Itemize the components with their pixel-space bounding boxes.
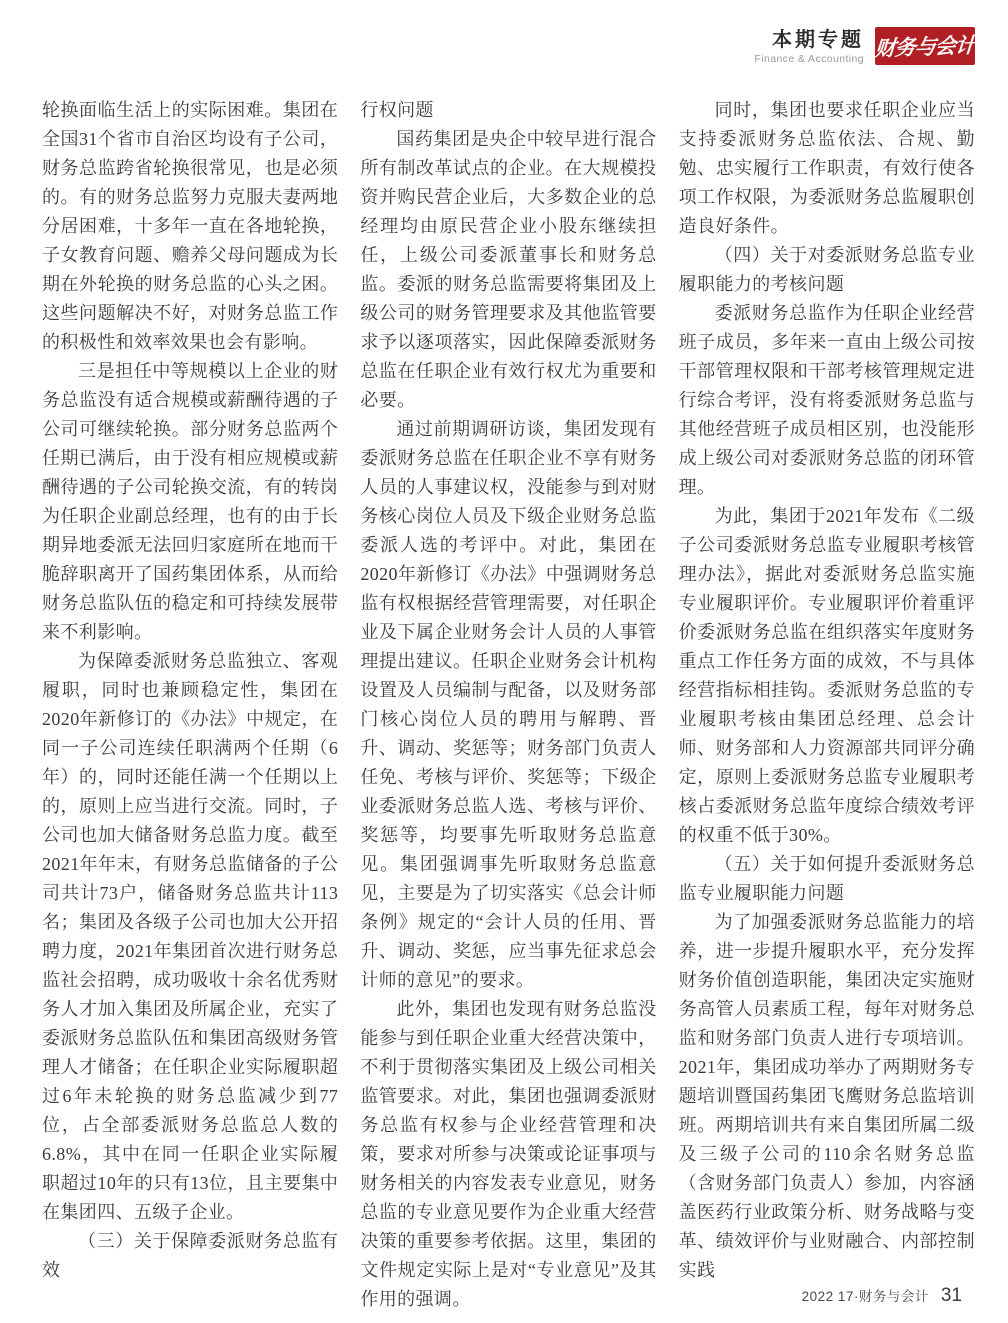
text-column-2: 行权问题 国药集团是央企中较早进行混合所有制改革试点的企业。在大规模投资并购民营… [360, 96, 656, 1314]
magazine-page: 本期专题 Finance & Accounting 财务与会计 轮换面临生活上的… [0, 0, 1008, 1323]
footer-page-number: 31 [941, 1285, 962, 1307]
footer-issue: 2022 17·财务与会计 [802, 1285, 929, 1305]
paragraph: 通过前期调研访谈，集团发现有委派财务总监在任职企业不享有财务人员的人事建议权，没… [360, 415, 656, 995]
section-heading: （四）关于对委派财务总监专业履职能力的考核问题 [679, 241, 975, 299]
paragraph: 三是担任中等规模以上企业的财务总监没有适合规模或薪酬待遇的子公司可继续轮换。部分… [42, 357, 338, 647]
paragraph: 此外，集团也发现有财务总监没能参与到任职企业重大经营决策中，不利于贯彻落实集团及… [360, 995, 656, 1314]
section-heading: （五）关于如何提升委派财务总监专业履职能力问题 [679, 850, 975, 908]
paragraph: 同时，集团也要求任职企业应当支持委派财务总监依法、合规、勤勉、忠实履行工作职责，… [679, 96, 975, 241]
paragraph: 为了加强委派财务总监能力的培养，进一步提升履职水平，充分发挥财务价值创造职能，集… [679, 908, 975, 1285]
paragraph: 为保障委派财务总监独立、客观履职，同时也兼顾稳定性，集团在2020年新修订的《办… [42, 647, 338, 1227]
paragraph: 国药集团是央企中较早进行混合所有制改革试点的企业。在大规模投资并购民营企业后，大… [360, 125, 656, 415]
magazine-logo-text: 财务与会计 [874, 29, 976, 62]
paragraph: 为此，集团于2021年发布《二级子公司委派财务总监专业履职考核管理办法》，据此对… [679, 502, 975, 850]
topic-sublabel: Finance & Accounting [754, 53, 864, 65]
paragraph: 委派财务总监作为任职企业经营班子成员，多年来一直由上级公司按干部管理权限和干部考… [679, 299, 975, 502]
text-column-1: 轮换面临生活上的实际困难。集团在全国31个省市自治区均设有子公司，财务总监跨省轮… [42, 96, 338, 1314]
section-heading: （三）关于保障委派财务总监有效 [42, 1227, 338, 1285]
topic-label: 本期专题 [754, 29, 864, 51]
text-column-3: 同时，集团也要求任职企业应当支持委派财务总监依法、合规、勤勉、忠实履行工作职责，… [679, 96, 975, 1314]
section-heading-continued: 行权问题 [360, 96, 656, 125]
magazine-logo: 财务与会计 [875, 27, 975, 65]
page-footer: 2022 17·财务与会计 31 [802, 1285, 962, 1307]
topic-block: 本期专题 Finance & Accounting [754, 27, 864, 65]
article-body: 轮换面临生活上的实际困难。集团在全国31个省市自治区均设有子公司，财务总监跨省轮… [42, 96, 975, 1314]
paragraph: 轮换面临生活上的实际困难。集团在全国31个省市自治区均设有子公司，财务总监跨省轮… [42, 96, 338, 357]
page-header: 本期专题 Finance & Accounting 财务与会计 [754, 27, 975, 65]
